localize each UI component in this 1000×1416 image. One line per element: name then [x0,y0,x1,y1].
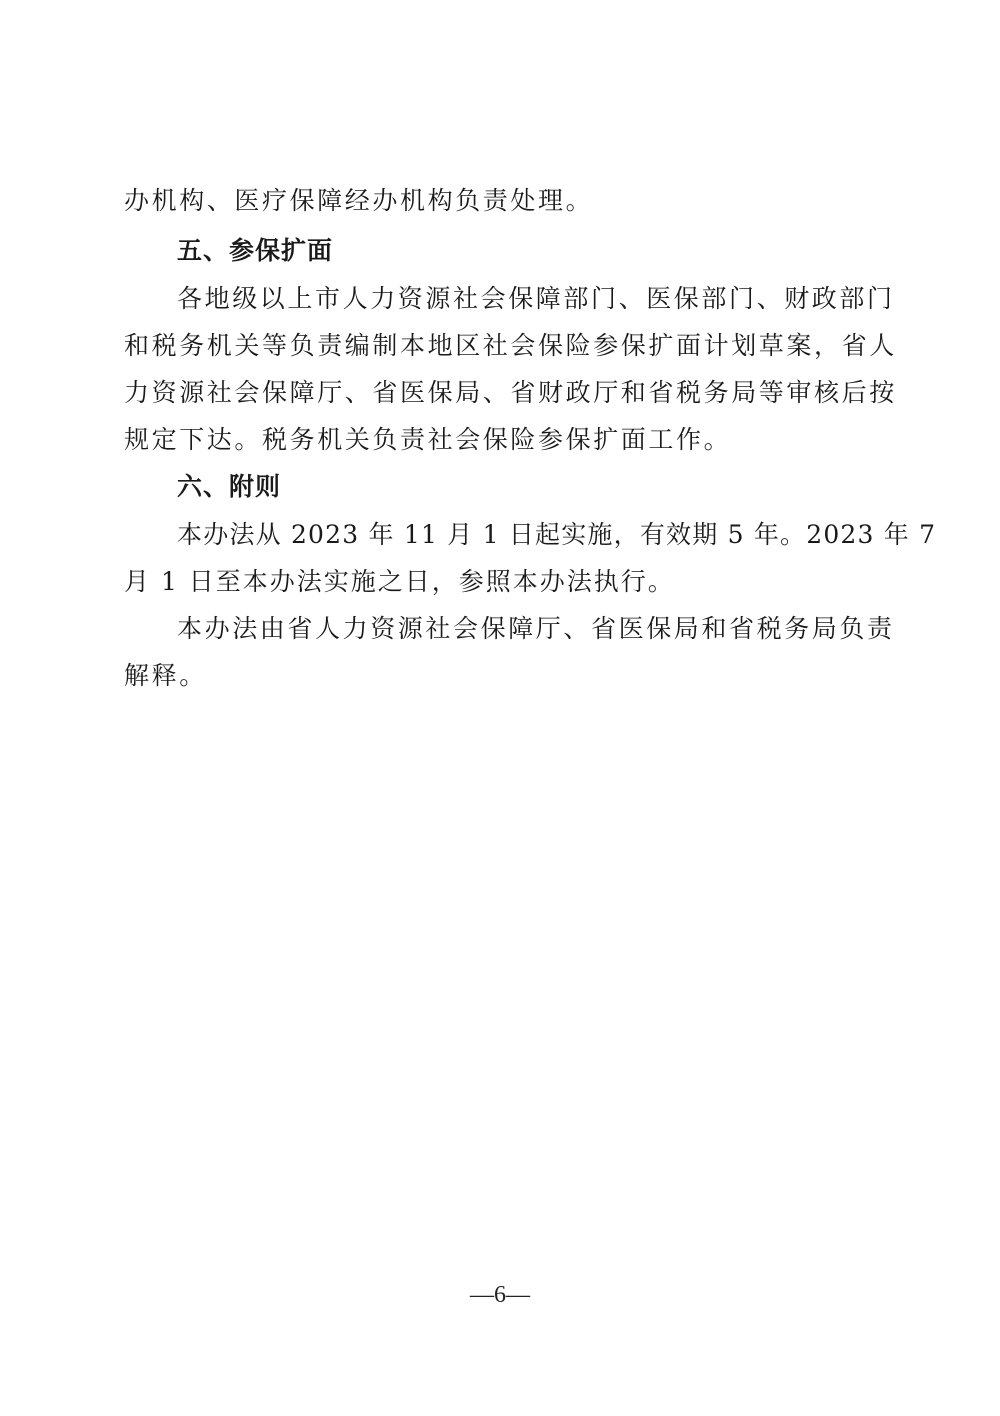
paragraph-line: 和税务机关等负责编制本地区社会保险参保扩面计划草案，省人 [124,331,874,361]
paragraph-line: 本办法由省人力资源社会保障厅、省医保局和省税务局负责 [177,614,927,644]
paragraph-line: 各地级以上市人力资源社会保障部门、医保部门、财政部门 [177,284,873,314]
section-heading-5: 五、参保扩面 [177,236,927,266]
paragraph-line: 解释。 [124,661,874,691]
paragraph-line: 月 1 日至本办法实施之日，参照本办法执行。 [124,567,874,597]
section-heading-6: 六、附则 [177,472,927,502]
paragraph-line: 规定下达。税务机关负责社会保险参保扩面工作。 [124,425,874,455]
paragraph-line: 本办法从 2023 年 11 月 1 日起实施，有效期 5 年。2023 年 7 [177,520,927,550]
paragraph-continuation: 办机构、医疗保障经办机构负责处理。 [124,186,874,216]
paragraph-line: 力资源社会保障厅、省医保局、省财政厅和省税务局等审核后按 [124,378,874,408]
page-number: —6— [0,1282,1000,1309]
